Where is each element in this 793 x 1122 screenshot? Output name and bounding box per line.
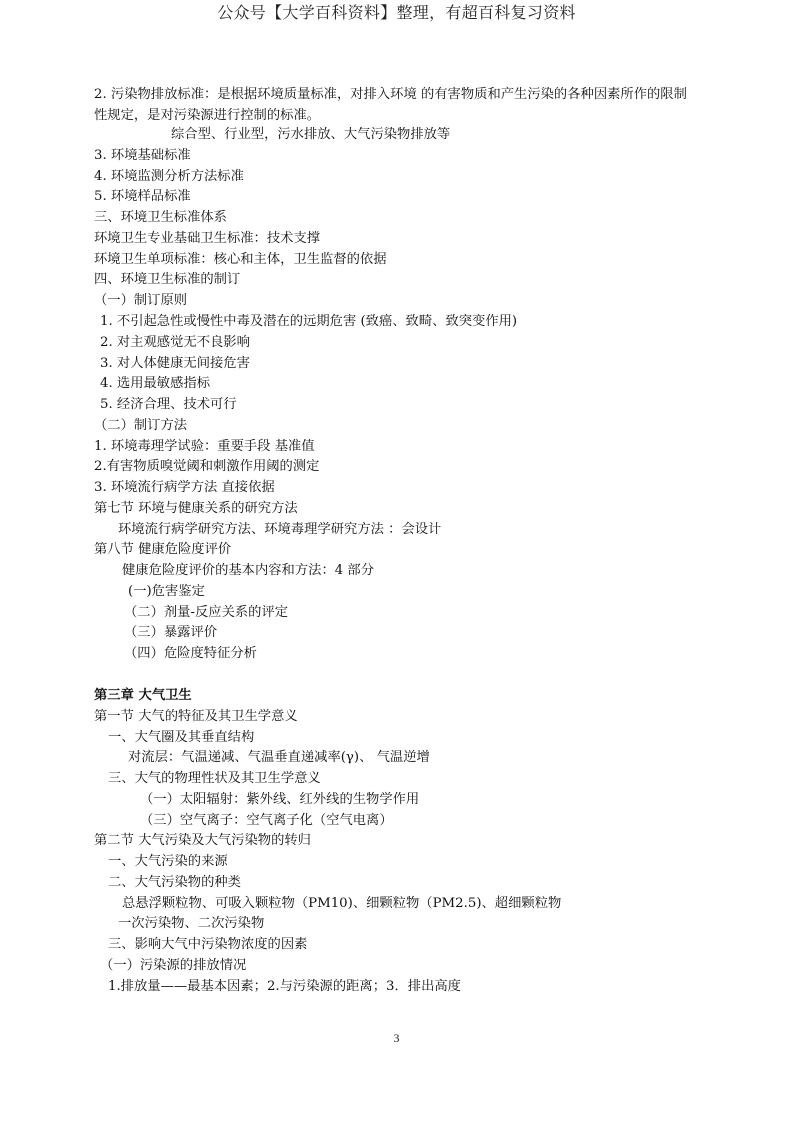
text-line: 5. 环境样品标准 (94, 188, 191, 206)
text-line: 环境流行病学研究方法、环境毒理学研究方法 ：会设计 (118, 521, 441, 539)
text-line: 1. 不引起急性或慢性中毒及潜在的远期危害 (致癌、致畸、致突变作用) (100, 313, 517, 331)
text-line: 4. 环境监测分析方法标准 (94, 168, 244, 186)
text-line: （一）太阳辐射：紫外线、红外线的生物学作用 (140, 791, 419, 809)
text-line: 三、大气的物理性状及其卫生学意义 (108, 770, 321, 788)
text-line: 3. 对人体健康无间接危害 (100, 355, 250, 373)
text-line: 第一节 大气的特征及其卫生学意义 (94, 708, 298, 726)
chapter-heading: 第三章 大气卫生 (94, 687, 192, 705)
text-line: （四）危险度特征分析 (124, 645, 257, 663)
text-line: 环境卫生专业基础卫生标准：技术支撑 (94, 230, 320, 248)
text-line: （二）剂量-反应关系的评定 (124, 604, 288, 622)
text-line: 4. 选用最敏感指标 (100, 375, 210, 393)
text-line: 1.排放量——最基本因素；2.与污染源的距离；3．排出高度 (108, 978, 461, 996)
text-line: 3. 环境流行病学方法 直接依据 (94, 479, 275, 497)
page-number: 3 (0, 1031, 793, 1046)
text-line: 四、环境卫生标准的制订 (94, 271, 240, 289)
text-line: （一）污染源的排放情况 (100, 957, 246, 975)
text-line: 健康危险度评价的基本内容和方法：4 部分 (122, 562, 374, 580)
text-line: （三）暴露评价 (124, 624, 217, 642)
text-line: 第二节 大气污染及大气污染物的转归 (94, 832, 311, 850)
text-line: 对流层：气温递减、气温垂直递减率(γ)、 气温逆增 (128, 749, 430, 767)
page-header-watermark: 公众号【大学百科资料】整理，有超百科复习资料 (0, 2, 793, 24)
text-line: 一次污染物、二次污染物 (118, 915, 264, 933)
text-line: （一）制订原则 (94, 292, 187, 310)
text-line: 一、大气污染的来源 (108, 853, 228, 871)
text-line: （二）制订方法 (94, 417, 187, 435)
text-line: 三、环境卫生标准体系 (94, 209, 227, 227)
text-line: 3. 环境基础标准 (94, 147, 191, 165)
text-line: 三、影响大气中污染物浓度的因素 (108, 936, 307, 954)
text-line: 总悬浮颗粒物、可吸入颗粒物（PM10)、细颗粒物（PM2.5)、超细颗粒物 (122, 895, 561, 913)
text-line: 2.有害物质嗅觉阈和刺激作用阈的测定 (94, 458, 319, 476)
text-line: （三）空气离子：空气离子化（空气电离） (140, 812, 393, 830)
text-line: 2. 污染物排放标准：是根据环境质量标准，对排入环境 的有害物质和产生污染的各种… (94, 84, 700, 126)
text-line: 5. 经济合理、技术可行 (100, 396, 237, 414)
text-line: 环境卫生单项标准：核心和主体，卫生监督的依据 (94, 251, 387, 269)
text-line: 综合型、行业型，污水排放、大气污染物排放等 (171, 126, 450, 144)
text-line: 第七节 环境与健康关系的研究方法 (94, 500, 298, 518)
text-line: 一、大气圈及其垂直结构 (108, 729, 254, 747)
text-line: 第八节 健康危险度评价 (94, 541, 231, 559)
text-line: (一)危害鉴定 (128, 583, 205, 601)
text-line: 1. 环境毒理学试验：重要手段 基准值 (94, 438, 315, 456)
text-line: 2. 对主观感觉无不良影响 (100, 334, 250, 352)
text-line: 二、大气污染物的种类 (108, 874, 241, 892)
